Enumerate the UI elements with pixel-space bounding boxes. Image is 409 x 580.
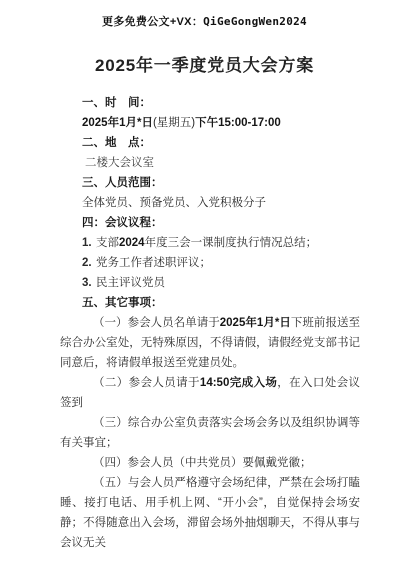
other-paragraph-1-bold: 2025年1月*日: [220, 317, 291, 329]
other-paragraph-2: （二）参会人员请于14:50完成入场，在入口处会议签到: [60, 373, 360, 413]
scope-value: 全体党员、预备党员、入党积极分子: [82, 193, 360, 213]
agenda-item-1-text-pre: 支部: [96, 237, 119, 249]
agenda-item-2-text: 党务工作者述职评议；: [96, 257, 211, 269]
other-paragraph-3: （三）综合办公室负责落实会场会务以及组织协调等有关事宜；: [60, 413, 360, 453]
agenda-item-1-number: 1.: [82, 233, 96, 253]
document-page: 更多免费公文+VX：QiGeGongWen2024 2025年一季度党员大会方案…: [0, 0, 409, 580]
agenda-item-1-text-post: 年度三会一课制度执行情况总结；: [145, 237, 318, 249]
promo-header-code: QiGeGongWen2024: [203, 15, 307, 28]
section-heading-agenda: 四：会议议程：: [82, 213, 360, 233]
other-paragraph-2-bold: 14:50完成入场: [200, 377, 277, 389]
promo-header: 更多免费公文+VX：QiGeGongWen2024: [0, 0, 409, 29]
agenda-item-1-text-bold: 2024: [119, 237, 145, 249]
promo-header-text: 更多免费公文+VX：: [102, 16, 203, 28]
section-heading-place: 二、地 点：: [82, 133, 360, 153]
agenda-item-3-text: 民主评议党员: [96, 277, 165, 289]
other-paragraph-5: （五）与会人员严格遵守会场纪律，严禁在会场打瞌睡、接打电话、用手机上网、“开小会…: [60, 473, 360, 553]
agenda-item-1: 1.支部2024年度三会一课制度执行情况总结；: [82, 233, 360, 253]
other-paragraph-1-pre: （一）参会人员名单请于: [93, 317, 220, 329]
agenda-item-3-number: 3.: [82, 273, 96, 293]
other-paragraph-2-pre: （二）参会人员请于: [93, 377, 200, 389]
document-body: 一、时 间： 2025年1月*日(星期五)下午15:00-17:00 二、地 点…: [0, 93, 409, 553]
time-weekday: (星期五): [153, 117, 195, 129]
agenda-item-2-number: 2.: [82, 253, 96, 273]
agenda-item-3: 3.民主评议党员: [82, 273, 360, 293]
other-paragraph-4: （四）参会人员（中共党员）要佩戴党徽；: [60, 453, 360, 473]
section-heading-scope: 三、人员范围：: [82, 173, 360, 193]
time-date: 2025年1月*日: [82, 117, 153, 129]
section-heading-time: 一、时 间：: [82, 93, 360, 113]
other-paragraph-1: （一）参会人员名单请于2025年1月*日下班前报送至综合办公室处，无特殊原因，不…: [60, 313, 360, 373]
section-heading-other: 五、其它事项：: [82, 293, 360, 313]
agenda-item-2: 2.党务工作者述职评议；: [82, 253, 360, 273]
time-range: 下午15:00-17:00: [195, 117, 281, 129]
place-value: 二楼大会议室: [85, 153, 360, 173]
document-title: 2025年一季度党员大会方案: [0, 51, 409, 76]
time-value: 2025年1月*日(星期五)下午15:00-17:00: [82, 113, 360, 133]
